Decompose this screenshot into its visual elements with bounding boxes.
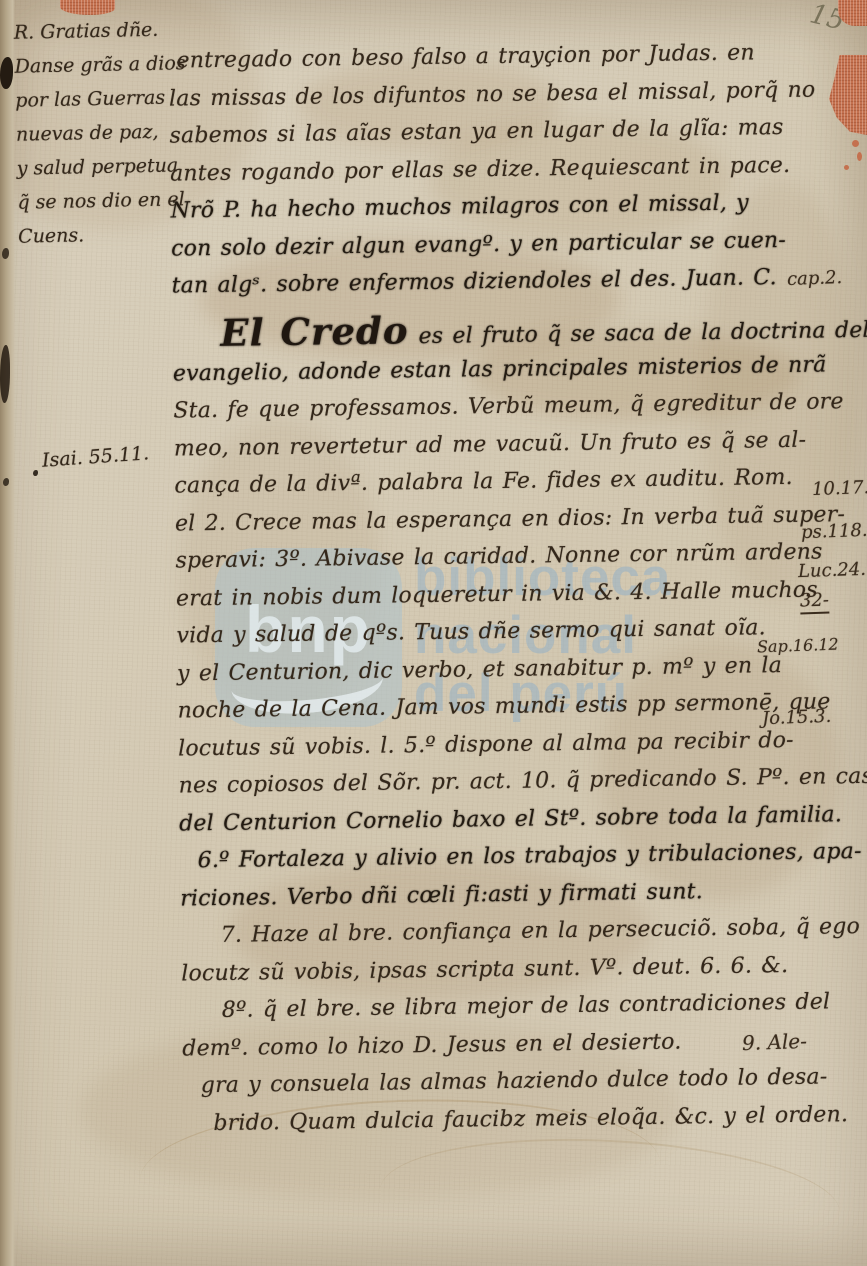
margin-note-line: Cuens. [18,216,184,253]
margin-citation: Isai. 55.11. [41,442,149,471]
text-line: brido. Quam dulcia faucibz meis eloq̃a. … [183,1102,831,1149]
margin-note-line: Danse grãs a dios [14,46,180,83]
manuscript-page: bnp biblioteca nacional del perú 15 R. G… [0,0,867,1266]
margin-ref: 10.17. [812,477,867,500]
margin-note-line: nuevas de paz, [16,114,182,151]
red-seal-dot [844,165,849,170]
section-heading: El Credo [220,308,409,355]
heading-continuation: es el fruto q̃ se saca de la doctrina de… [418,317,867,348]
ink-blot [33,470,38,476]
manuscript-body: entregado con beso falso a trayçion por … [168,40,831,1149]
margin-ref: 32- [800,590,830,615]
margin-ref: Luc.24. [798,559,867,582]
margin-note-line: por las Guerras [15,80,181,117]
red-seal-dot [857,152,862,161]
red-seal-dot [852,140,859,147]
margin-note-line: q̃ se nos dio en el [17,182,183,219]
margin-note-line: y salud perpetua [16,148,182,185]
red-seal-fragment [60,0,115,15]
section-heading-line: El Credoes el fruto q̃ se saca de la doc… [172,302,821,361]
margin-note-line: R. Gratias dñe. [14,12,180,49]
red-seal-fragment [829,55,867,135]
binding-edge [0,0,15,1266]
margin-ref: Sap.16.12 [757,635,839,657]
margin-ref: Jo.15.3. [762,706,832,729]
margin-ref: 9. Ale- [742,1029,808,1055]
margin-note: R. Gratias dñe. Danse grãs a dios por la… [14,12,184,253]
margin-ref: ps.118. [801,520,867,543]
margin-ref: cap.2. [787,267,843,290]
